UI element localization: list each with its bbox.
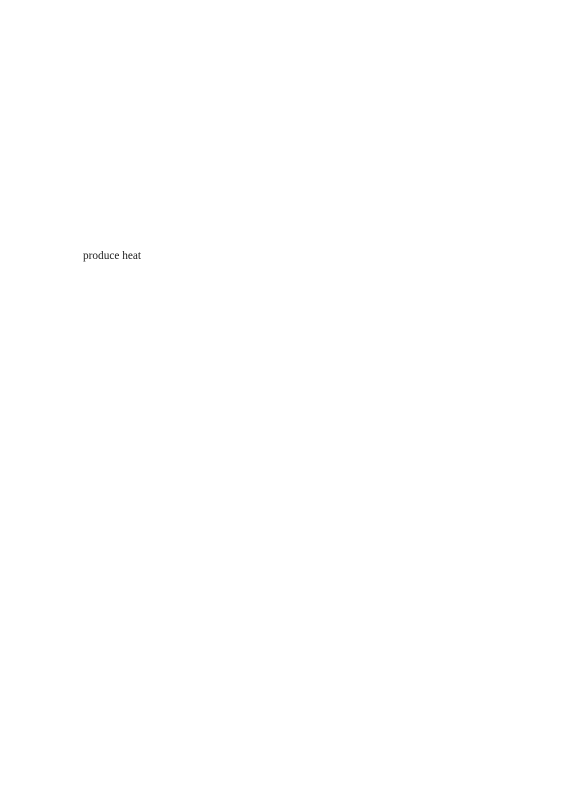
running-header: [496, 44, 508, 56]
definition-cont: produce heat: [83, 248, 141, 264]
